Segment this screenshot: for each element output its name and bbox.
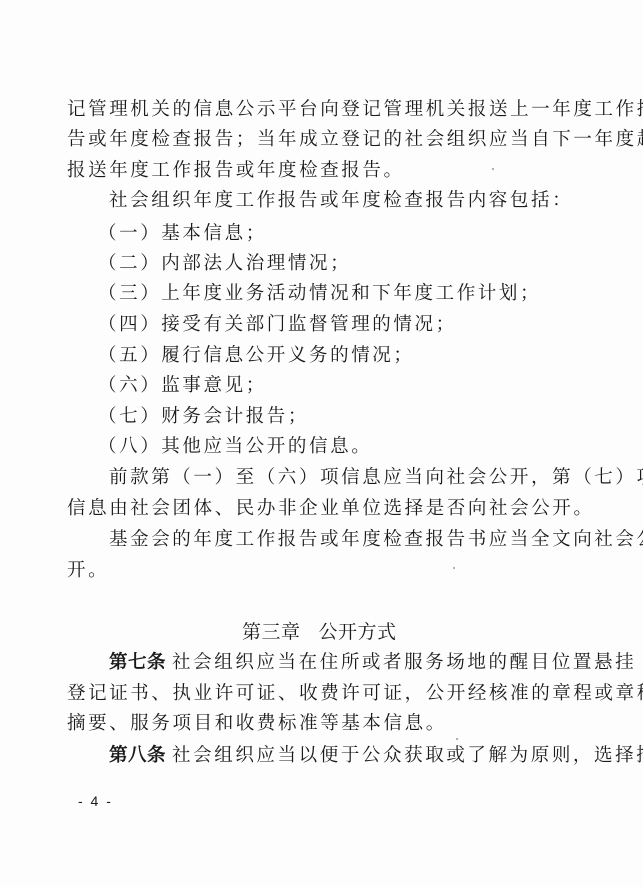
chapter-heading: 第三章公开方式 [242,621,397,643]
chapter-number: 第三章 [242,621,301,643]
list-item: （一）基本信息； [98,223,568,245]
document-page: 记管理机关的信息公示平台向登记管理机关报送上一年度工作报 告或年度检查报告；当年… [0,0,643,887]
article-text: 社会组织应当以便于公众获取或了解为原则，选择报 [172,745,643,766]
paragraph-line: 报送年度工作报告或年度检查报告。 [67,160,537,182]
paragraph-line: 开。 [67,560,537,582]
paragraph-line: 摘要、服务项目和收费标准等基本信息。 [67,713,537,735]
article-label: 第七条 [109,652,166,673]
list-item: （七）财务会计报告； [98,406,568,428]
article-8: 第八条社会组织应当以便于公众获取或了解为原则，选择报 [109,745,539,767]
list-item: （二）内部法人治理情况； [98,253,568,275]
paragraph-line: 前款第（一）至（六）项信息应当向社会公开，第（七）项 [109,467,539,489]
page-number: - 4 - [78,793,113,809]
paragraph-line: 社会组织年度工作报告或年度检查报告内容包括： [109,190,539,212]
article-label: 第八条 [109,745,166,766]
list-item: （四）接受有关部门监督管理的情况； [98,314,568,336]
article-7: 第七条社会组织应当在住所或者服务场地的醒目位置悬挂 [109,652,539,674]
paragraph-line: 信息由社会团体、民办非企业单位选择是否向社会公开。 [67,498,537,520]
list-item: （五）履行信息公开义务的情况； [98,345,568,367]
scan-speck [456,738,458,740]
chapter-title: 公开方式 [319,621,397,643]
paragraph-line: 告或年度检查报告；当年成立登记的社会组织应当自下一年度起 [67,129,537,151]
list-item: （六）监事意见； [98,375,568,397]
list-item: （三）上年度业务活动情况和下年度工作计划； [98,283,568,305]
paragraph-line: 登记证书、执业许可证、收费许可证，公开经核准的章程或章程 [67,683,537,705]
scan-speck [453,567,455,569]
list-item: （八）其他应当公开的信息。 [98,436,568,458]
scan-speck [492,168,494,170]
paragraph-line: 基金会的年度工作报告或年度检查报告书应当全文向社会公 [109,529,539,551]
paragraph-line: 记管理机关的信息公示平台向登记管理机关报送上一年度工作报 [67,99,537,121]
article-text: 社会组织应当在住所或者服务场地的醒目位置悬挂 [172,652,636,673]
